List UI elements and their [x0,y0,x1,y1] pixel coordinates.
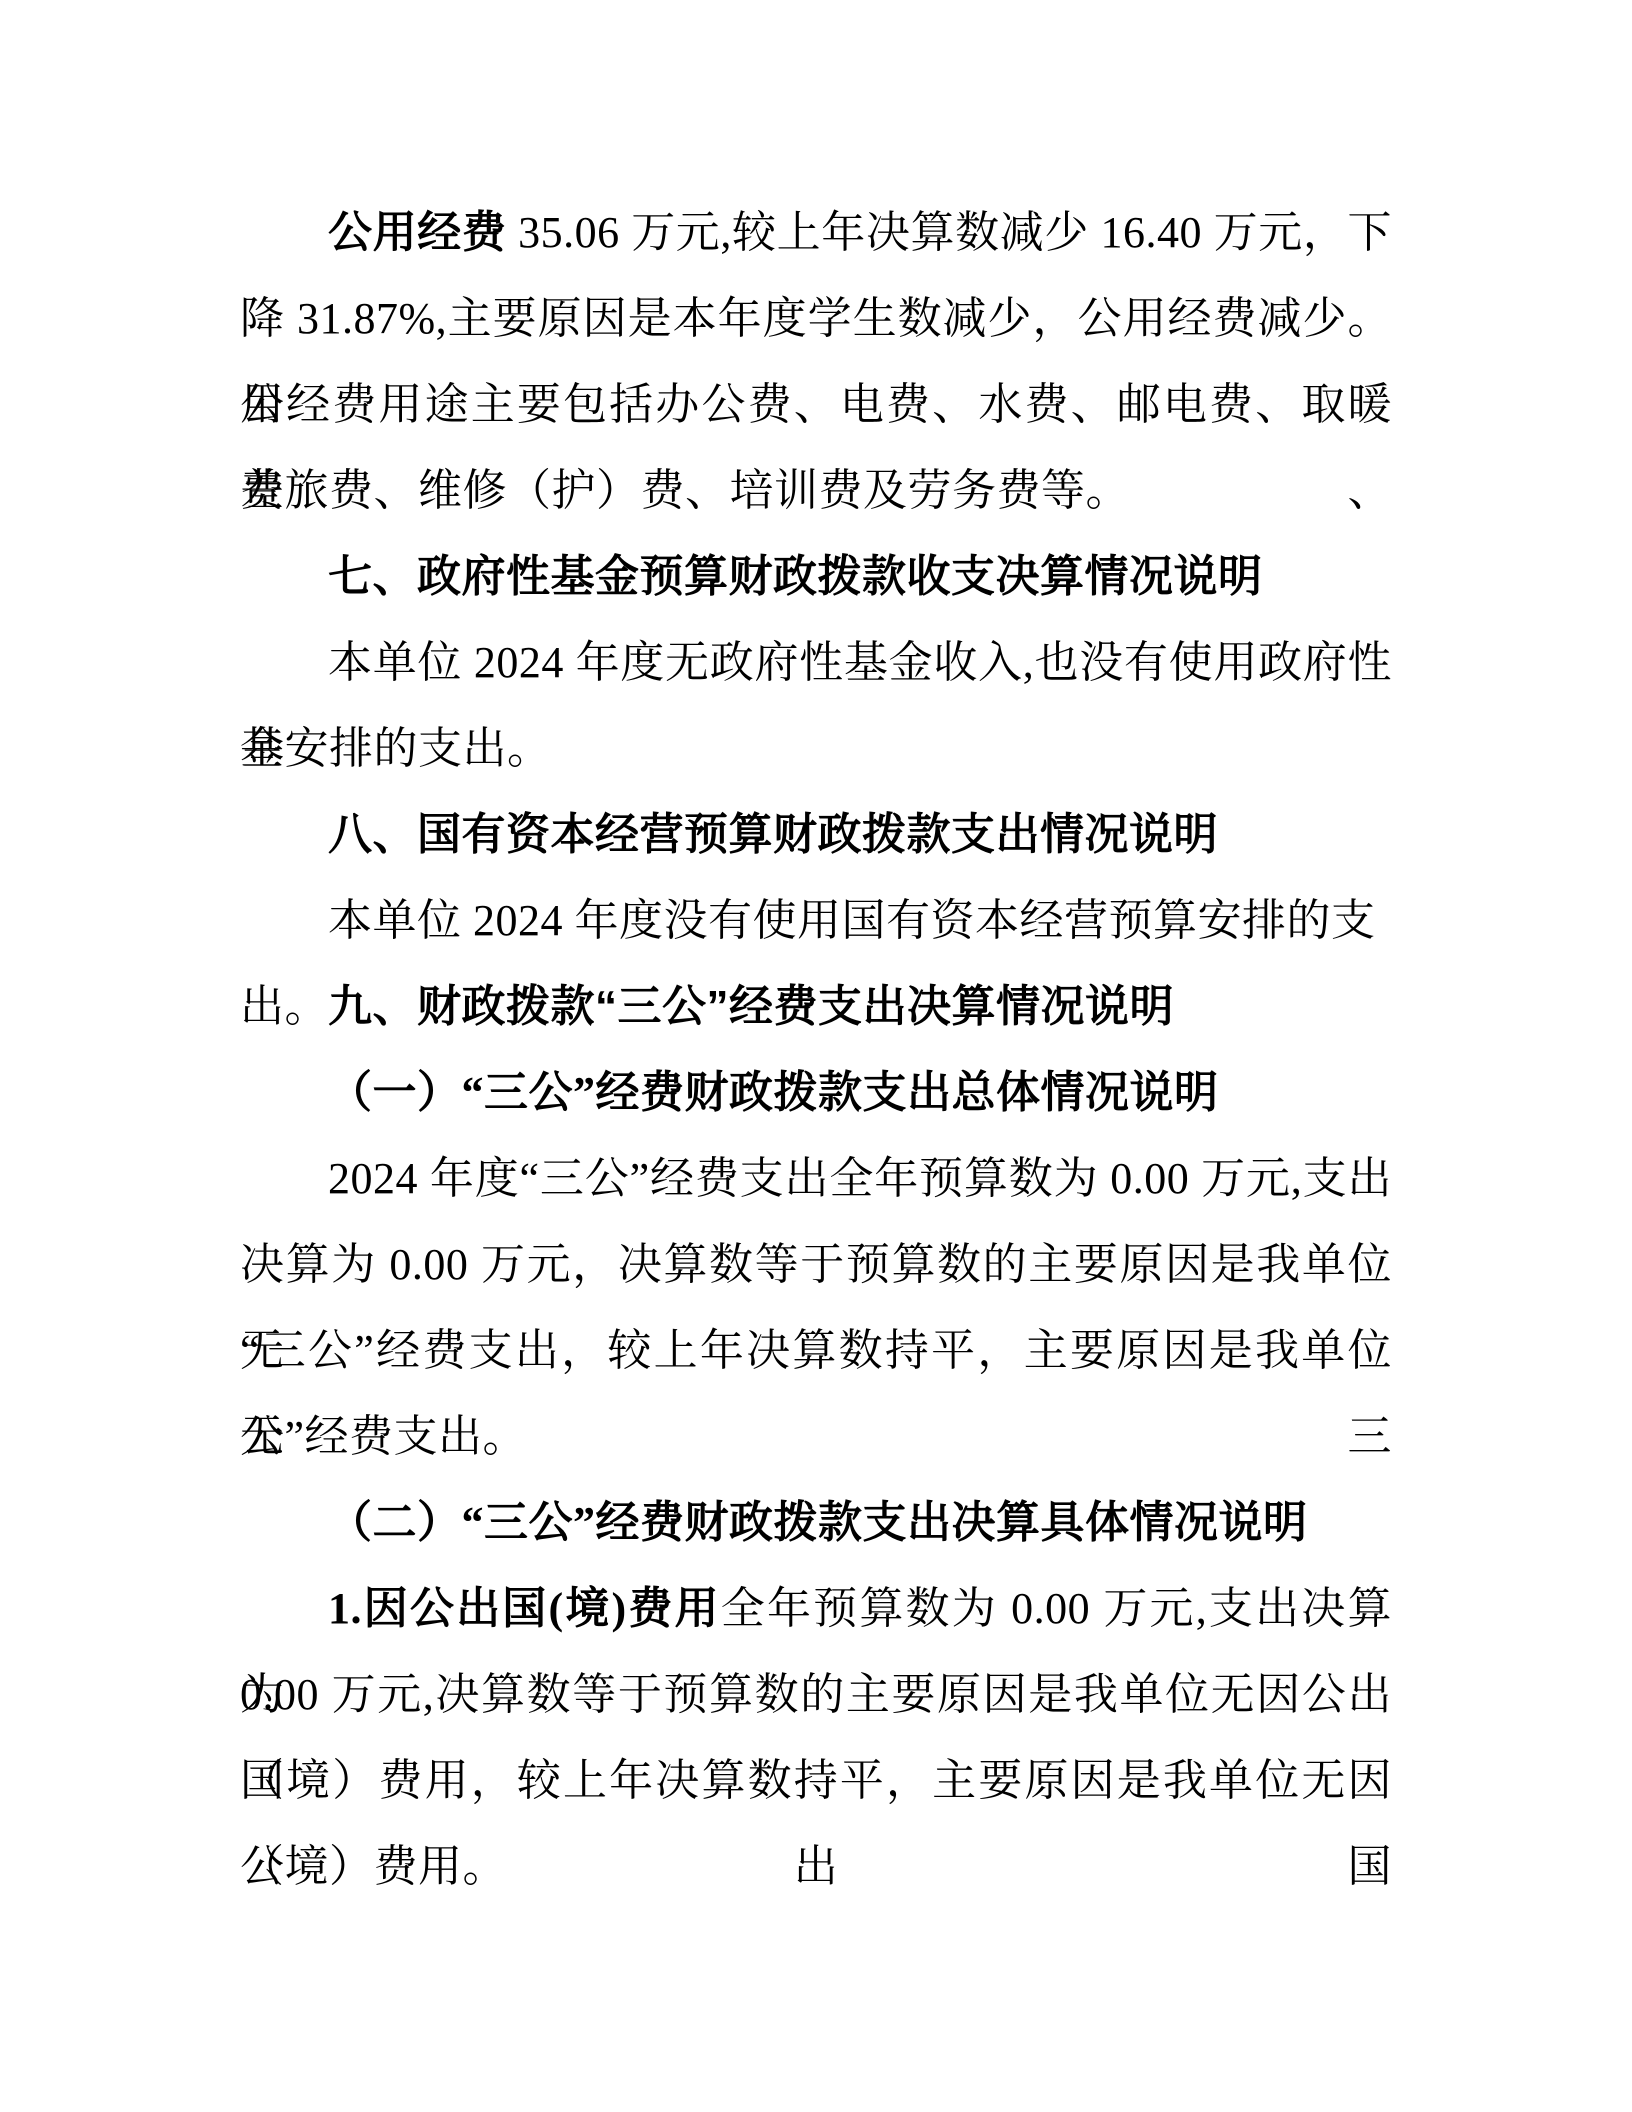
para-public-funds-line-3: 用经费用途主要包括办公费、电费、水费、邮电费、取暖费、 [240,362,1392,448]
para-public-funds-line-1-bold-prefix: 公用经费 [328,208,506,257]
para-abroad-line-2: 0.00 万元,决算数等于预算数的主要原因是我单位无因公出国 [240,1652,1392,1738]
document-page: 公用经费 35.06 万元,较上年决算数减少 16.40 万元，下降 31.87… [0,0,1632,2112]
document-text-block: 公用经费 35.06 万元,较上年决算数减少 16.40 万元，下降 31.87… [240,190,1392,1910]
para-three-public-line-3: “三公”经费支出，较上年决算数持平，主要原因是我单位无三 [240,1308,1392,1394]
para-three-public-line-1: 2024 年度“三公”经费支出全年预算数为 0.00 万元,支出 [240,1136,1392,1222]
para-public-funds-line-1-text: 35.06 万元,较上年决算数减少 16.40 万元，下 [506,208,1392,257]
para-abroad-line-1: 1.因公出国(境)费用全年预算数为 0.00 万元,支出决算为 [240,1566,1392,1652]
para-state-capital-line-1: 本单位 2024 年度没有使用国有资本经营预算安排的支出。 [240,878,1392,964]
para-gov-fund-line-1: 本单位 2024 年度无政府性基金收入,也没有使用政府性基 [240,620,1392,706]
heading-section-nine: 九、财政拨款“三公”经费支出决算情况说明 [240,964,1392,1050]
heading-section-eight: 八、国有资本经营预算财政拨款支出情况说明 [240,792,1392,878]
para-three-public-line-2: 决算为 0.00 万元，决算数等于预算数的主要原因是我单位无 [240,1222,1392,1308]
para-gov-fund-line-2: 金安排的支出。 [240,706,1392,792]
para-abroad-line-1-bold-prefix: 1.因公出国(境)费用 [328,1584,721,1633]
para-public-funds-line-1: 公用经费 35.06 万元,较上年决算数减少 16.40 万元，下 [240,190,1392,276]
subheading-one: （一）“三公”经费财政拨款支出总体情况说明 [240,1050,1392,1136]
subheading-two: （二）“三公”经费财政拨款支出决算具体情况说明 [240,1480,1392,1566]
heading-section-seven: 七、政府性基金预算财政拨款收支决算情况说明 [240,534,1392,620]
para-public-funds-line-2: 降 31.87%,主要原因是本年度学生数减少，公用经费减少。公 [240,276,1392,362]
para-abroad-line-3: （境）费用，较上年决算数持平，主要原因是我单位无因公出国 [240,1738,1392,1824]
